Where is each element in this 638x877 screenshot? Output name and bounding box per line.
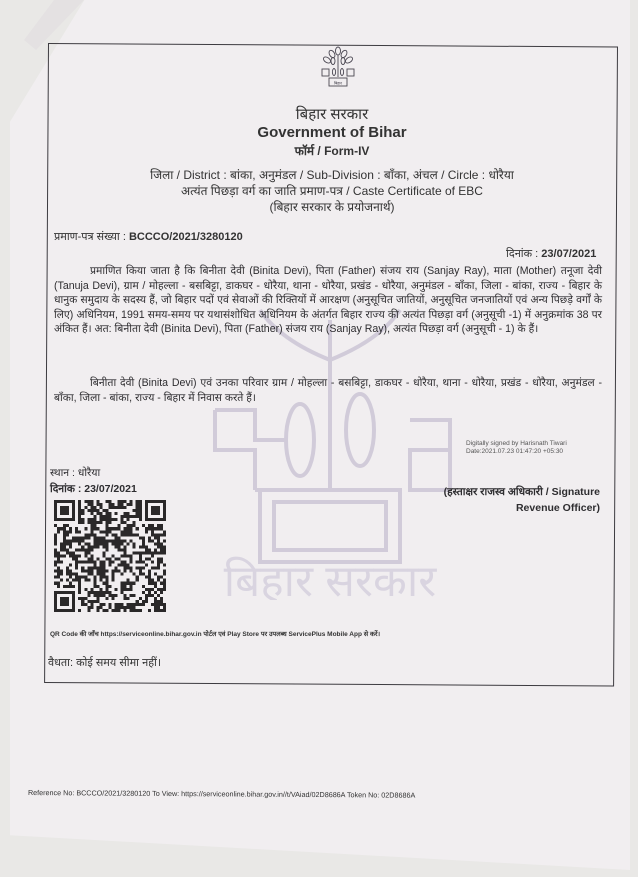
certificate-title: अत्यंत पिछड़ा वर्ग का जाति प्रमाण-पत्र /… — [48, 182, 616, 199]
certificate-purpose: (बिहार सरकार के प्रयोजनार्थ) — [48, 198, 616, 215]
certificate-number: प्रमाण-पत्र संख्या : BCCCO/2021/3280120 — [54, 229, 243, 244]
signature-designation-line1: (हस्ताक्षर राजस्व अधिकारी / Signature — [444, 484, 600, 500]
digital-signature-date: Date:2021.07.23 01:47:20 +05:30 — [466, 448, 567, 456]
qr-verification-note: QR Code की जाँच https://serviceonline.bi… — [50, 630, 430, 640]
svg-text:बिहार सरकार: बिहार सरकार — [224, 556, 437, 600]
digital-signature: Digitally signed by Harisnath Tiwari Dat… — [466, 440, 567, 456]
svg-text:बिहार: बिहार — [334, 81, 342, 86]
digital-signature-signer: Digitally signed by Harisnath Tiwari — [466, 440, 567, 448]
form-number: फॉर्म / Form-IV — [48, 142, 616, 159]
bihar-emblem-watermark-icon: बिहार सरकार — [200, 300, 460, 600]
issue-date: दिनांक : 23/07/2021 — [506, 246, 596, 261]
bihar-emblem-icon: बिहार — [318, 45, 358, 91]
title-english: Government of Bihar — [48, 124, 616, 141]
place-date: दिनांक : 23/07/2021 — [50, 482, 137, 496]
district-line: जिला / District : बांका, अनुमंडल / Sub-D… — [48, 166, 616, 183]
qr-code-icon[interactable] — [54, 500, 166, 612]
signature-designation-line2: Revenue Officer) — [444, 500, 600, 516]
certification-paragraph: प्रमाणित किया जाता है कि बिनीता देवी (Bi… — [54, 264, 602, 337]
issue-date-label: दिनांक : — [506, 248, 538, 260]
signature-designation: (हस्ताक्षर राजस्व अधिकारी / Signature Re… — [444, 484, 600, 516]
certificate-number-label: प्रमाण-पत्र संख्या : — [54, 231, 126, 243]
certificate-number-value: BCCCO/2021/3280120 — [129, 231, 243, 243]
residence-paragraph: बिनीता देवी (Binita Devi) एवं उनका परिवा… — [54, 376, 602, 405]
issue-date-value: 23/07/2021 — [541, 248, 596, 260]
title-hindi: बिहार सरकार — [48, 104, 616, 124]
validity-note: वैधता: कोई समय सीमा नहीं। — [48, 655, 161, 670]
place-label: स्थान : धोरैया — [50, 466, 100, 480]
